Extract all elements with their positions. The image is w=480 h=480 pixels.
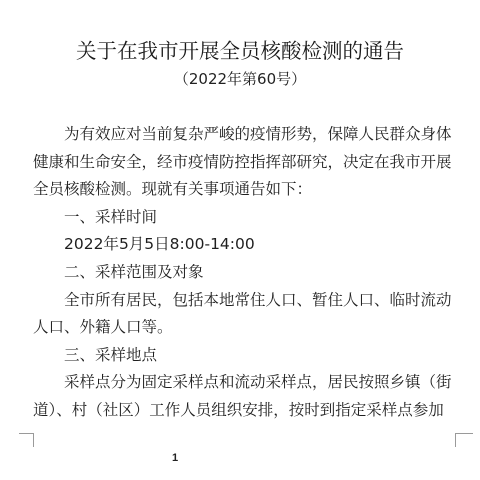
section-heading-sampling-scope: 二、采样范围及对象 [33, 259, 453, 287]
body-line: 道）、村（社区）工作人员组织安排，按时到指定采样点参加 [33, 397, 453, 425]
body-line: 全员核酸检测。现就有关事项通告如下： [33, 176, 453, 204]
body-line: 健康和生命安全，经市疫情防控指挥部研究，决定在我市开展 [33, 149, 453, 177]
sampling-time-value: 2022年5月5日8:00-14:00 [33, 231, 453, 259]
body-line: 采样点分为固定采样点和流动采样点，居民按照乡镇（街 [33, 369, 453, 397]
body-line: 人口、外籍人口等。 [33, 314, 453, 342]
document-page: 关于在我市开展全员核酸检测的通告 （2022年第60号） 为有效应对当前复杂严峻… [0, 0, 480, 480]
document-body: 为有效应对当前复杂严峻的疫情形势，保障人民群众身体 健康和生命安全，经市疫情防控… [33, 121, 453, 425]
section-heading-sampling-location: 三、采样地点 [33, 342, 453, 370]
margin-corner-mark-left [19, 433, 34, 447]
page-number: 1 [172, 452, 178, 464]
document-number: （2022年第60号） [0, 68, 480, 89]
body-line: 为有效应对当前复杂严峻的疫情形势，保障人民群众身体 [33, 121, 453, 149]
margin-corner-mark-right [455, 433, 473, 447]
body-line: 全市所有居民，包括本地常住人口、暂住人口、临时流动 [33, 287, 453, 315]
document-title: 关于在我市开展全员核酸检测的通告 [0, 34, 480, 64]
section-heading-sampling-time: 一、采样时间 [33, 204, 453, 232]
